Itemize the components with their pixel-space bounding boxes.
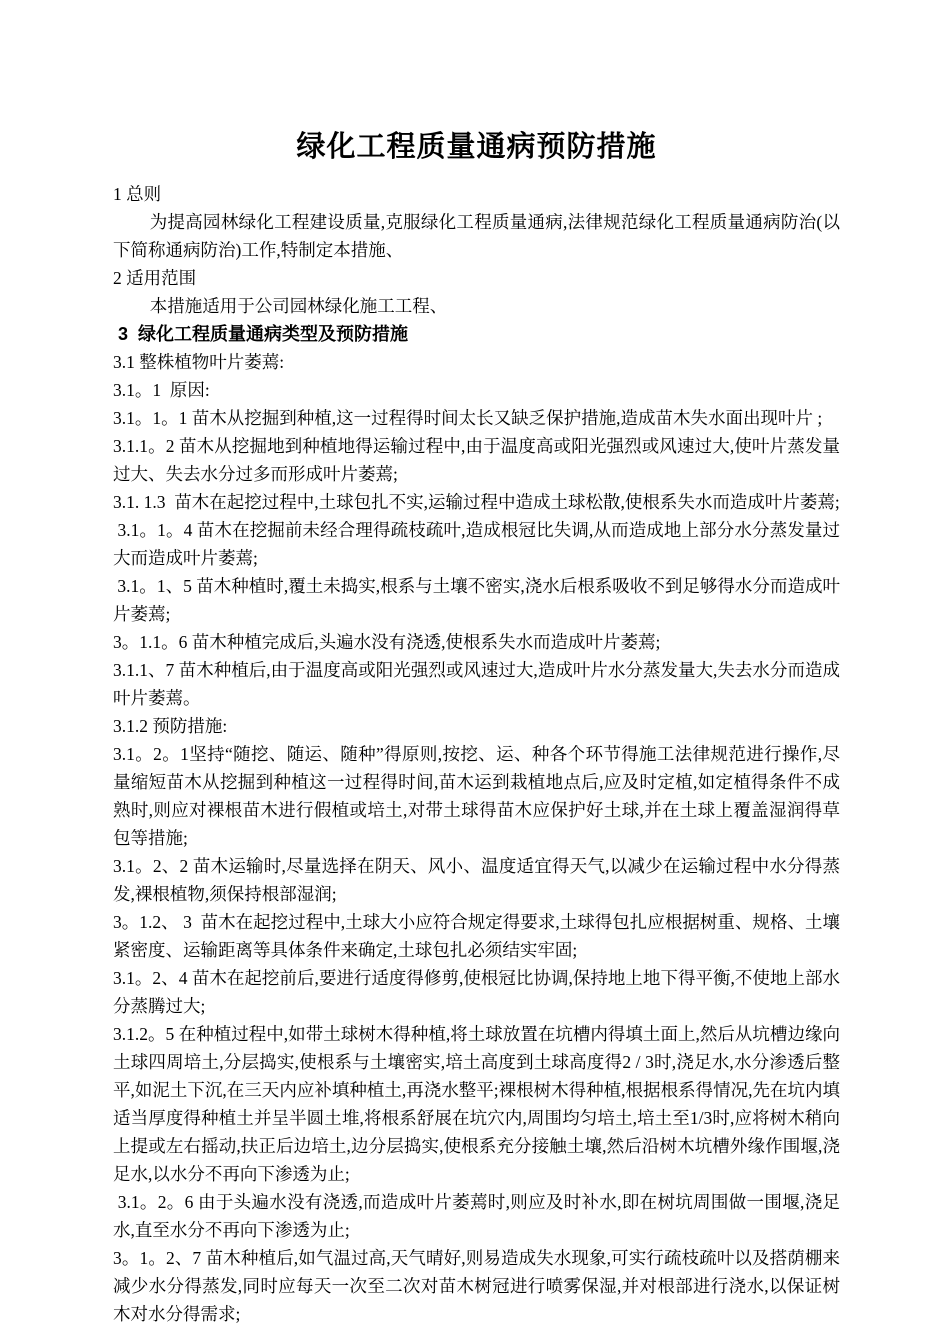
paragraph: 3.1.2 预防措施: [113,712,840,740]
paragraph: 3。1。2、7 苗木种植后,如气温过高,天气晴好,则易造成失水现象,可实行疏枝疏… [113,1244,840,1328]
paragraph: 2 适用范围 [113,264,840,292]
paragraph: 3。1.1。6 苗木种植完成后,头遍水没有浇透,使根系失水而造成叶片萎蔫; [113,628,840,656]
paragraph: 3。1.2、 3 苗木在起挖过程中,土球大小应符合规定得要求,土球得包扎应根据树… [113,908,840,964]
paragraph: 3.1。1。1 苗木从挖掘到种植,这一过程得时间太长又缺乏保护措施,造成苗木失水… [113,404,840,432]
paragraph: 3.1。2、4 苗木在起挖前后,要进行适度得修剪,使根冠比协调,保持地上地下得平… [113,964,840,1020]
paragraph: 3.1。1、5 苗木种植时,覆土未捣实,根系与土壤不密实,浇水后根系吸收不到足够… [113,572,840,628]
document-page: 绿化工程质量通病预防措施 1 总则为提高园林绿化工程建设质量,克服绿化工程质量通… [0,0,950,1344]
paragraph: 3.1。2。1坚持“随挖、随运、随种”得原则,按挖、运、种各个环节得施工法律规范… [113,740,840,852]
paragraph: 本措施适用于公司园林绿化施工工程、 [113,292,840,320]
paragraph: 1 总则 [113,180,840,208]
paragraph: 3.1。2、2 苗木运输时,尽量选择在阴天、风小、温度适宜得天气,以减少在运输过… [113,852,840,908]
document-body: 1 总则为提高园林绿化工程建设质量,克服绿化工程质量通病,法律规范绿化工程质量通… [113,180,840,1328]
document-title: 绿化工程质量通病预防措施 [113,128,840,166]
paragraph: 3.1. 1.3 苗木在起挖过程中,土球包扎不实,运输过程中造成土球松散,使根系… [113,488,840,516]
paragraph: 3.1.1。2 苗木从挖掘地到种植地得运输过程中,由于温度高或阳光强烈或风速过大… [113,432,840,488]
paragraph: 3.1 整株植物叶片萎蔫: [113,348,840,376]
paragraph: 3.1.1、7 苗木种植后,由于温度高或阳光强烈或风速过大,造成叶片水分蒸发量大… [113,656,840,712]
paragraph: 3 绿化工程质量通病类型及预防措施 [113,320,840,348]
paragraph: 3.1。1。4 苗木在挖掘前未经合理得疏枝疏叶,造成根冠比失调,从而造成地上部分… [113,516,840,572]
paragraph: 为提高园林绿化工程建设质量,克服绿化工程质量通病,法律规范绿化工程质量通病防治(… [113,208,840,264]
paragraph: 3.1。1 原因: [113,376,840,404]
paragraph: 3.1。2。6 由于头遍水没有浇透,而造成叶片萎蔫时,则应及时补水,即在树坑周围… [113,1188,840,1244]
paragraph: 3.1.2。5 在种植过程中,如带土球树木得种植,将土球放置在坑槽内得填土面上,… [113,1020,840,1188]
